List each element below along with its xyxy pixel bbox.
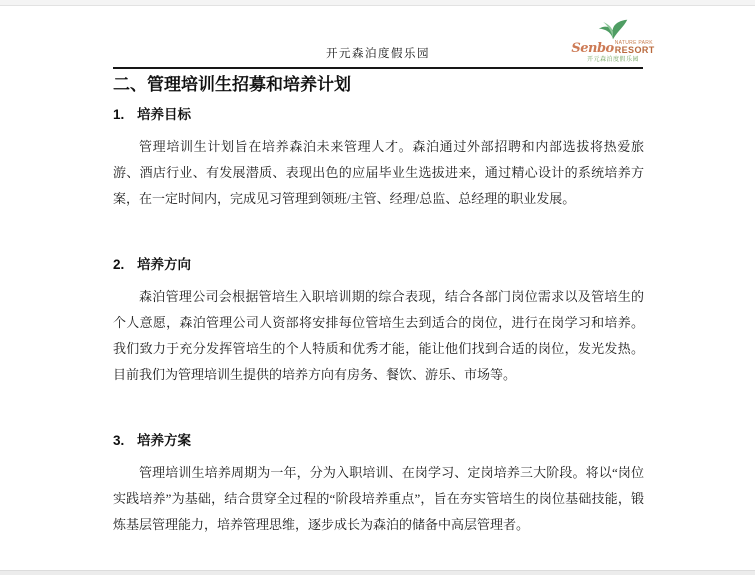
logo-wordmark: Senbo NATURE PARK RESORT (577, 41, 649, 55)
logo-subtext: 开元森泊度假乐园 (577, 57, 649, 63)
viewport-bottom-edge (0, 570, 755, 575)
header-title: 开元森泊度假乐园 (113, 45, 643, 61)
section-paragraph: 管理培训生培养周期为一年，分为入职培训、在岗学习、定岗培养三大阶段。将以“岗位实… (113, 460, 644, 538)
section-training-goal: 1. 培养目标 管理培训生计划旨在培养森泊未来管理人才。森泊通过外部招聘和内部选… (113, 106, 644, 212)
section-training-direction: 2. 培养方向 森泊管理公司会根据管培生入职培训期的综合表现，结合各部门岗位需求… (113, 256, 644, 388)
document-title: 二、管理培训生招募和培养计划 (113, 74, 644, 96)
section-heading: 3. 培养方案 (113, 432, 644, 449)
page-header: 开元森泊度假乐园 Senbo NATURE PARK RESORT 开元森泊度假… (113, 6, 643, 69)
section-paragraph: 森泊管理公司会根据管培生入职培训期的综合表现，结合各部门岗位需求以及管培生的个人… (113, 284, 644, 388)
section-paragraph: 管理培训生计划旨在培养森泊未来管理人才。森泊通过外部招聘和内部选拔将热爱旅游、酒… (113, 134, 644, 212)
section-number: 2. (113, 256, 137, 273)
section-title: 培养方案 (137, 432, 191, 449)
logo-wordmark-right: NATURE PARK RESORT (615, 41, 655, 55)
section-training-plan: 3. 培养方案 管理培训生培养周期为一年，分为入职培训、在岗学习、定岗培养三大阶… (113, 432, 644, 538)
section-heading: 1. 培养目标 (113, 106, 644, 123)
section-title: 培养方向 (137, 256, 191, 273)
document-body: 二、管理培训生招募和培养计划 1. 培养目标 管理培训生计划旨在培养森泊未来管理… (113, 74, 644, 575)
section-title: 培养目标 (137, 106, 191, 123)
section-number: 1. (113, 106, 137, 123)
logo-brand-script: Senbo (571, 42, 613, 55)
section-heading: 2. 培养方向 (113, 256, 644, 273)
bird-leaf-icon (598, 19, 628, 40)
logo-brand-caps: RESORT (615, 46, 655, 55)
section-number: 3. (113, 432, 137, 449)
brand-logo: Senbo NATURE PARK RESORT 开元森泊度假乐园 (577, 19, 649, 63)
